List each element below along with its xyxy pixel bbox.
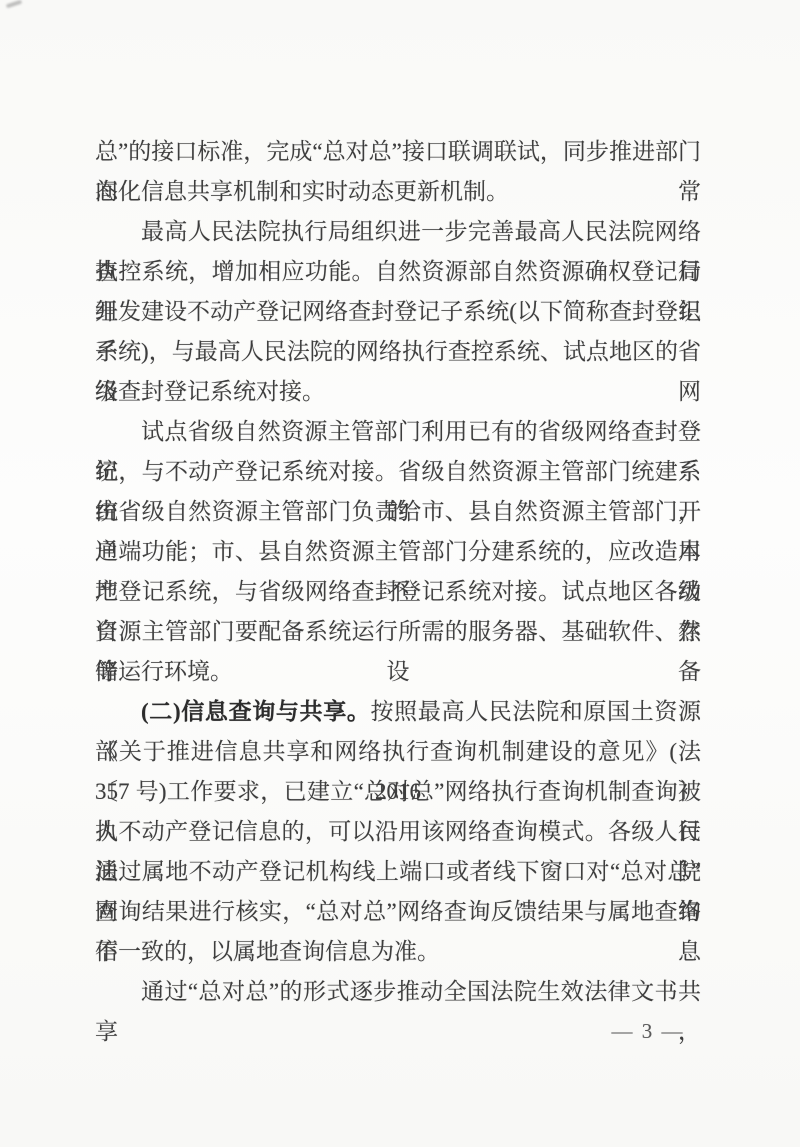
paragraph-info-query-sharing: (二)信息查询与共享。按照最高人民法院和原国土资源部 《关于推进信息共享和网络执…: [95, 692, 701, 972]
text-line: 试点省级自然资源主管部门利用已有的省级网络查封登记系: [95, 412, 701, 452]
text-line: (二)信息查询与共享。按照最高人民法院和原国土资源部: [95, 692, 701, 732]
text-line: 资源主管部门要配备系统运行所需的服务器、基础软件、存储设备: [95, 612, 701, 652]
paragraph-court-system: 最高人民法院执行局组织进一步完善最高人民法院网络执行 查控系统，增加相应功能。自…: [95, 212, 701, 412]
paragraph-legal-documents: 通过“总对总”的形式逐步推动全国法院生效法律文书共享，: [95, 972, 701, 1012]
text-line: 人不动产登记信息的，可以沿用该网络查询模式。各级人民法院: [95, 812, 701, 852]
text-line: 统，与不动产登记系统对接。省级自然资源主管部门统建系统的，: [95, 452, 701, 492]
text-line: 查控系统，增加相应功能。自然资源部自然资源确权登记局组织: [95, 252, 701, 292]
scan-artifact-smudge: [6, 0, 22, 8]
text-line: 由省级自然资源主管部门负责给市、县自然资源主管部门开通用: [95, 492, 701, 532]
paragraph-continuation: 总”的接口标准，完成“总对总”接口联调联试，同步推进部门间常 态化信息共享机制和…: [95, 132, 701, 212]
text-line: 开发建设不动产登记网络查封登记子系统(以下简称查封登记子: [95, 292, 701, 332]
section-heading: (二)信息查询与共享。: [141, 699, 371, 724]
text-line: 通过属地不动产登记机构线上端口或者线下窗口对“总对总”网络: [95, 852, 701, 892]
text-line: 户端功能；市、县自然资源主管部门分建系统的，应改造本地不动: [95, 532, 701, 572]
text-line: 产登记系统，与省级网络查封登记系统对接。试点地区各级自然: [95, 572, 701, 612]
text-line: 《关于推进信息共享和网络执行查询机制建设的意见》(法〔2016〕: [95, 732, 701, 772]
document-page: 总”的接口标准，完成“总对总”接口联调联试，同步推进部门间常 态化信息共享机制和…: [0, 0, 800, 1147]
text-line: 系统)，与最高人民法院的网络执行查控系统、试点地区的省级网: [95, 332, 701, 372]
document-body: 总”的接口标准，完成“总对总”接口联调联试，同步推进部门间常 态化信息共享机制和…: [95, 132, 701, 1012]
paragraph-provincial-systems: 试点省级自然资源主管部门利用已有的省级网络查封登记系 统，与不动产登记系统对接。…: [95, 412, 701, 692]
text-line: 357 号)工作要求，已建立“总对总”网络执行查询机制查询被执行: [95, 772, 701, 812]
text-line: 通过“总对总”的形式逐步推动全国法院生效法律文书共享，: [95, 972, 701, 1012]
text-line: 最高人民法院执行局组织进一步完善最高人民法院网络执行: [95, 212, 701, 252]
page-number: — 3 —: [598, 1018, 698, 1044]
text-line: 查询结果进行核实，“总对总”网络查询反馈结果与属地查询信息: [95, 892, 701, 932]
text-line: 总”的接口标准，完成“总对总”接口联调联试，同步推进部门间常: [95, 132, 701, 172]
